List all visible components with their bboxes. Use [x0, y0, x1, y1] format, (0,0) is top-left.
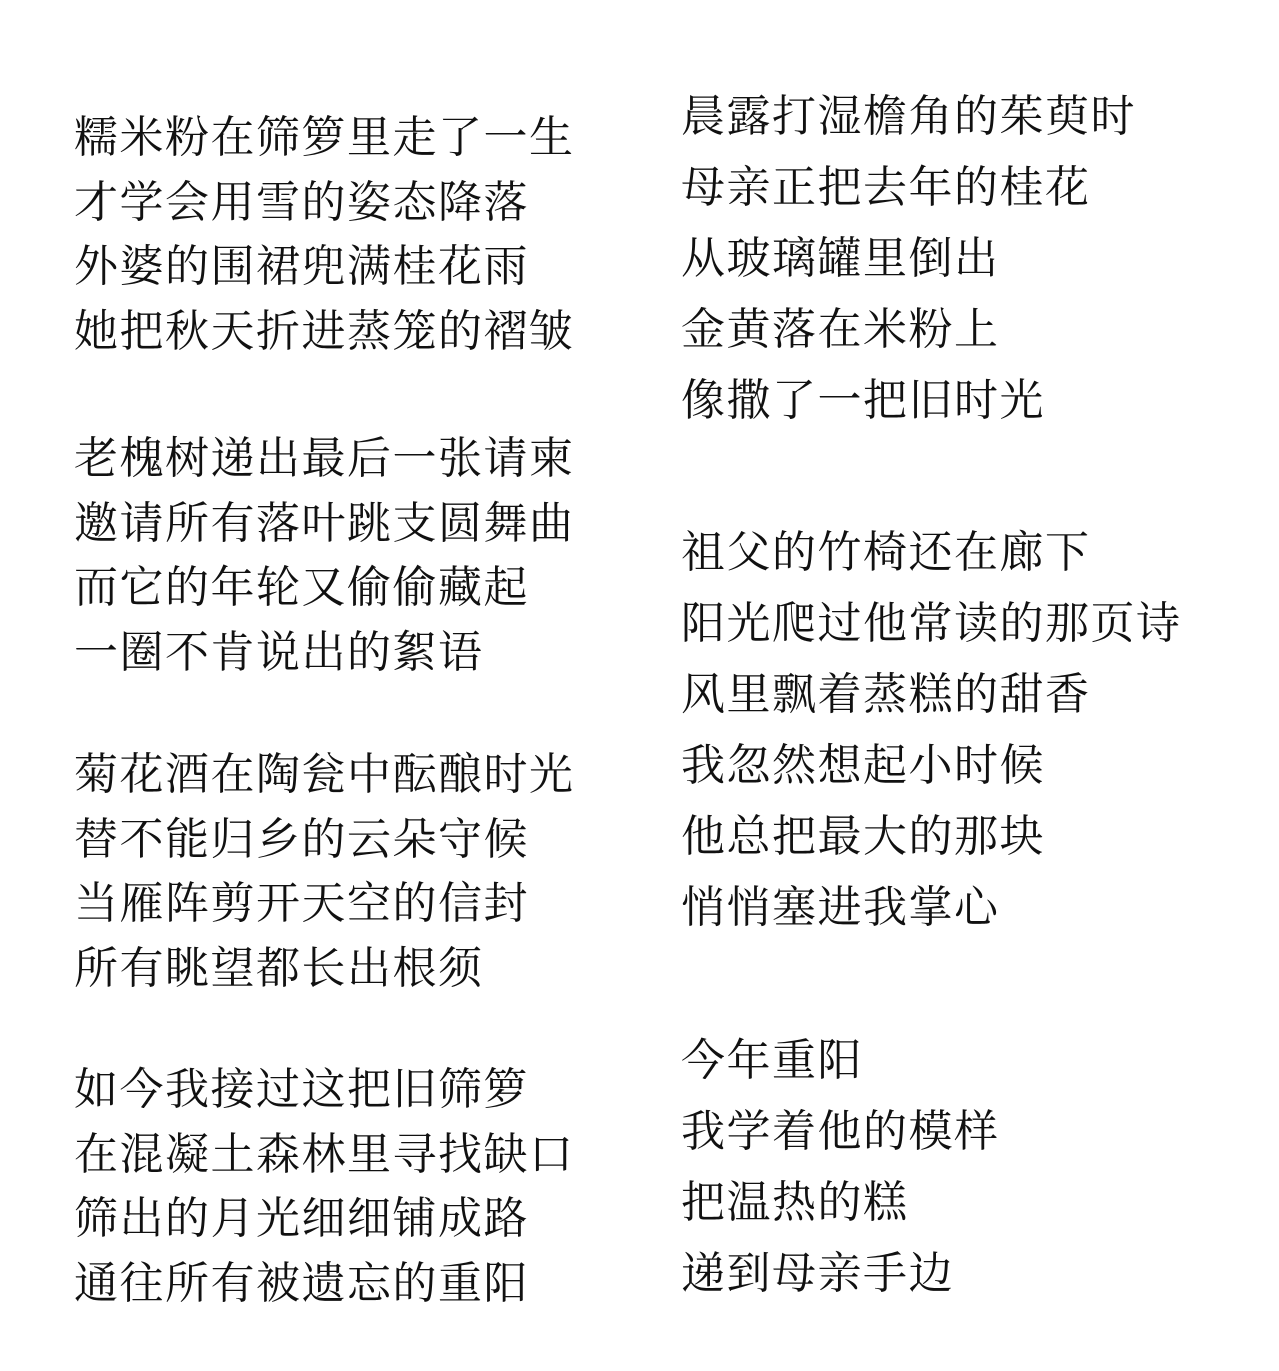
poem-line: 从玻璃罐里倒出	[681, 237, 1136, 281]
poem-line: 而它的年轮又偷偷藏起	[74, 566, 575, 610]
poem-line: 我学着他的模样	[681, 1110, 1000, 1154]
poem-line: 母亲正把去年的桂花	[681, 166, 1136, 210]
poem-line: 邀请所有落叶跳支圆舞曲	[74, 502, 575, 546]
poem-line: 当雁阵剪开天空的信封	[74, 882, 575, 926]
poem-line: 祖父的竹椅还在廊下	[681, 531, 1182, 575]
poem-line: 晨露打湿檐角的茱萸时	[681, 95, 1136, 139]
poem-line: 所有眺望都长出根须	[74, 947, 575, 991]
poem-line: 递到母亲手边	[681, 1252, 1000, 1296]
stanza-1: 糯米粉在筛箩里走了一生 才学会用雪的姿态降落 外婆的围裙兜满桂花雨 她把秋天折进…	[74, 116, 575, 374]
poem-line: 把温热的糕	[681, 1181, 1000, 1225]
poem-line: 外婆的围裙兜满桂花雨	[74, 245, 575, 289]
poem-line: 菊花酒在陶瓮中酝酿时光	[74, 753, 575, 797]
stanza-2: 老槐树递出最后一张请柬 邀请所有落叶跳支圆舞曲 而它的年轮又偷偷藏起 一圈不肯说…	[74, 437, 575, 695]
stanza-3: 菊花酒在陶瓮中酝酿时光 替不能归乡的云朵守候 当雁阵剪开天空的信封 所有眺望都长…	[74, 753, 575, 1011]
stanza-4: 如今我接过这把旧筛箩 在混凝土森林里寻找缺口 筛出的月光细细铺成路 通往所有被遗…	[74, 1068, 575, 1326]
poem-line: 像撒了一把旧时光	[681, 379, 1136, 423]
poem-line: 一圈不肯说出的絮语	[74, 631, 575, 675]
poem-line: 悄悄塞进我掌心	[681, 886, 1182, 930]
stanza-7: 今年重阳 我学着他的模样 把温热的糕 递到母亲手边	[681, 1039, 1000, 1323]
poem-line: 风里飘着蒸糕的甜香	[681, 673, 1182, 717]
poem-line: 才学会用雪的姿态降落	[74, 181, 575, 225]
stanza-5: 晨露打湿檐角的茱萸时 母亲正把去年的桂花 从玻璃罐里倒出 金黄落在米粉上 像撒了…	[681, 95, 1136, 450]
poem-line: 筛出的月光细细铺成路	[74, 1197, 575, 1241]
poem-line: 糯米粉在筛箩里走了一生	[74, 116, 575, 160]
poem-line: 她把秋天折进蒸笼的褶皱	[74, 310, 575, 354]
poem-line: 金黄落在米粉上	[681, 308, 1136, 352]
poem-line: 今年重阳	[681, 1039, 1000, 1083]
poem-line: 阳光爬过他常读的那页诗	[681, 602, 1182, 646]
poem-line: 通往所有被遗忘的重阳	[74, 1262, 575, 1306]
poem-line: 他总把最大的那块	[681, 815, 1182, 859]
stanza-6: 祖父的竹椅还在廊下 阳光爬过他常读的那页诗 风里飘着蒸糕的甜香 我忽然想起小时候…	[681, 531, 1182, 957]
poem-line: 老槐树递出最后一张请柬	[74, 437, 575, 481]
poem-line: 如今我接过这把旧筛箩	[74, 1068, 575, 1112]
poem-line: 替不能归乡的云朵守候	[74, 818, 575, 862]
poem-line: 在混凝土森林里寻找缺口	[74, 1133, 575, 1177]
poem-line: 我忽然想起小时候	[681, 744, 1182, 788]
